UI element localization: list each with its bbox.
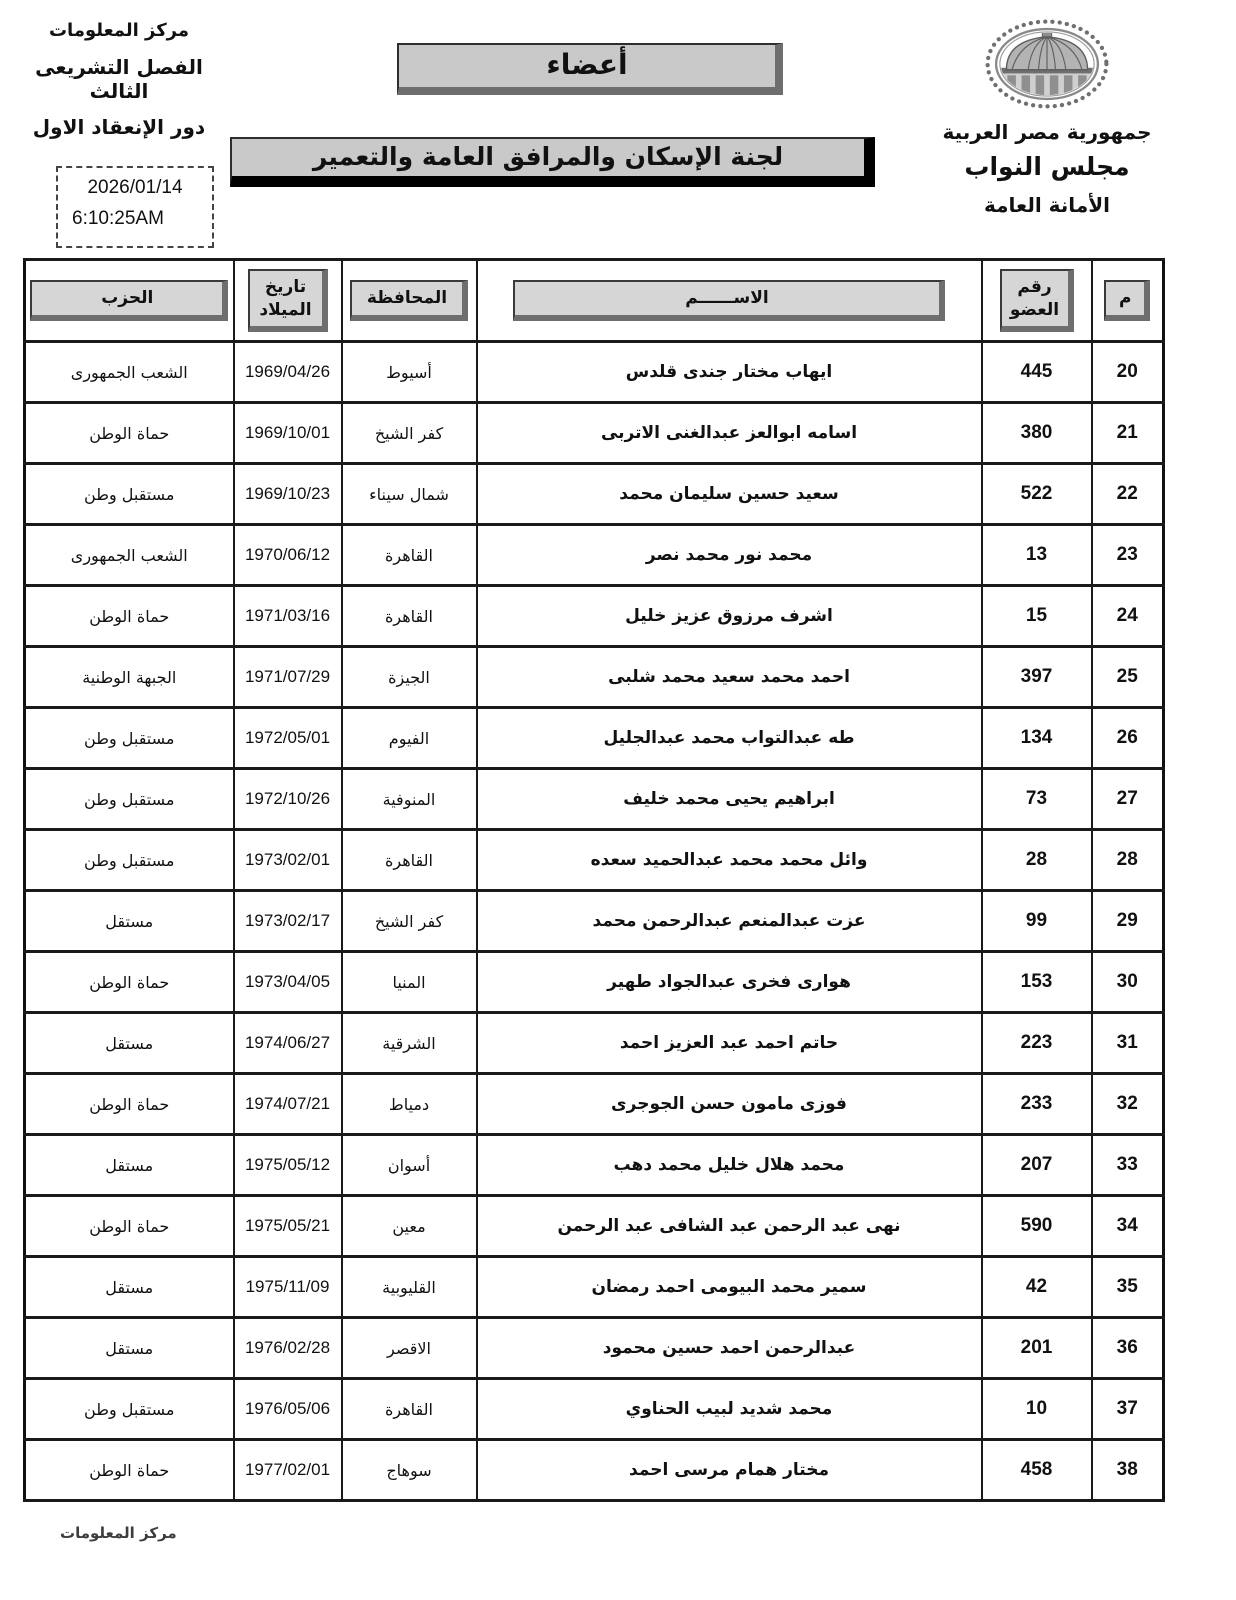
member-number-cell: 99 (982, 891, 1092, 952)
governorate-cell: الجيزة (342, 647, 477, 708)
member-number-cell: 223 (982, 1013, 1092, 1074)
birth-date-header-box: تاريخ الميلاد (248, 269, 328, 331)
name-cell: ايهاب مختار جندى قلدس (477, 342, 982, 403)
governorate-header-box: المحافظة (350, 280, 468, 320)
serial-cell: 37 (1092, 1379, 1164, 1440)
party-cell: الجبهة الوطنية (25, 647, 234, 708)
name-cell: محمد شديد لبيب الحناوي (477, 1379, 982, 1440)
parliament-dome-emblem-icon (981, 14, 1113, 114)
serial-cell: 35 (1092, 1257, 1164, 1318)
report-page: مركز المعلومات الفصل التشريعى الثالث دور… (0, 0, 1236, 1600)
table-row: 20445ايهاب مختار جندى قلدسأسيوط1969/04/2… (25, 342, 1164, 403)
republic-label: جمهورية مصر العربية (928, 120, 1166, 144)
table-row: 25397احمد محمد سعيد محمد شلبىالجيزة1971/… (25, 647, 1164, 708)
party-cell: مستقبل وطن (25, 830, 234, 891)
serial-cell: 21 (1092, 403, 1164, 464)
table-header-row: م رقم العضو الاســــــم المحافظة تاريخ ا… (25, 260, 1164, 342)
print-datetime-box: 2026/01/14 6:10:25AM (56, 166, 214, 248)
birth-date-cell: 1973/04/05 (234, 952, 342, 1013)
parliament-header-block: جمهورية مصر العربية مجلس النواب الأمانة … (928, 14, 1166, 217)
party-cell: مستقل (25, 1013, 234, 1074)
serial-cell: 31 (1092, 1013, 1164, 1074)
table-row: 2415اشرف مرزوق عزيز خليلالقاهرة1971/03/1… (25, 586, 1164, 647)
governorate-cell: كفر الشيخ (342, 403, 477, 464)
governorate-cell: الفيوم (342, 708, 477, 769)
name-cell: اشرف مرزوق عزيز خليل (477, 586, 982, 647)
member-number-cell: 445 (982, 342, 1092, 403)
governorate-cell: الاقصر (342, 1318, 477, 1379)
serial-cell: 26 (1092, 708, 1164, 769)
table-row: 33207محمد هلال خليل محمد دهبأسوان1975/05… (25, 1135, 1164, 1196)
name-cell: عزت عبدالمنعم عبدالرحمن محمد (477, 891, 982, 952)
name-cell: احمد محمد سعيد محمد شلبى (477, 647, 982, 708)
party-cell: الشعب الجمهورى (25, 525, 234, 586)
member-number-cell: 380 (982, 403, 1092, 464)
serial-cell: 22 (1092, 464, 1164, 525)
birth-date-cell: 1975/05/12 (234, 1135, 342, 1196)
party-cell: مستقبل وطن (25, 708, 234, 769)
members-table: م رقم العضو الاســــــم المحافظة تاريخ ا… (23, 258, 1165, 1502)
serial-cell: 38 (1092, 1440, 1164, 1501)
governorate-cell: أسوان (342, 1135, 477, 1196)
member-number-cell: 522 (982, 464, 1092, 525)
birth-date-cell: 1969/04/26 (234, 342, 342, 403)
table-row: 2999عزت عبدالمنعم عبدالرحمن محمدكفر الشي… (25, 891, 1164, 952)
report-meta-block: مركز المعلومات الفصل التشريعى الثالث دور… (14, 20, 224, 139)
member-number-cell: 134 (982, 708, 1092, 769)
name-cell: وائل محمد محمد عبدالحميد سعده (477, 830, 982, 891)
party-cell: مستقل (25, 891, 234, 952)
footer-info-center-label: مركز المعلومات (60, 1524, 177, 1542)
party-cell: الشعب الجمهورى (25, 342, 234, 403)
governorate-cell: القاهرة (342, 1379, 477, 1440)
col-header-birth-date: تاريخ الميلاد (234, 260, 342, 342)
party-cell: مستقل (25, 1318, 234, 1379)
general-secretariat-label: الأمانة العامة (928, 193, 1166, 217)
governorate-cell: معين (342, 1196, 477, 1257)
governorate-cell: سوهاج (342, 1440, 477, 1501)
serial-cell: 27 (1092, 769, 1164, 830)
birth-date-cell: 1974/07/21 (234, 1074, 342, 1135)
party-cell: مستقبل وطن (25, 769, 234, 830)
governorate-cell: المنيا (342, 952, 477, 1013)
table-row: 26134طه عبدالتواب محمد عبدالجليلالفيوم19… (25, 708, 1164, 769)
serial-cell: 20 (1092, 342, 1164, 403)
name-cell: سعيد حسين سليمان محمد (477, 464, 982, 525)
member-number-cell: 207 (982, 1135, 1092, 1196)
col-header-name: الاســــــم (477, 260, 982, 342)
serial-cell: 34 (1092, 1196, 1164, 1257)
members-title: أعضاء (546, 48, 627, 81)
governorate-cell: دمياط (342, 1074, 477, 1135)
governorate-cell: القاهرة (342, 586, 477, 647)
name-cell: محمد نور محمد نصر (477, 525, 982, 586)
party-cell: مستقل (25, 1257, 234, 1318)
party-cell: حماة الوطن (25, 1440, 234, 1501)
member-number-cell: 10 (982, 1379, 1092, 1440)
col-header-governorate: المحافظة (342, 260, 477, 342)
member-number-cell: 458 (982, 1440, 1092, 1501)
birth-date-cell: 1971/03/16 (234, 586, 342, 647)
serial-cell: 25 (1092, 647, 1164, 708)
name-cell: سمير محمد البيومى احمد رمضان (477, 1257, 982, 1318)
table-row: 3542سمير محمد البيومى احمد رمضانالقليوبي… (25, 1257, 1164, 1318)
birth-date-cell: 1976/02/28 (234, 1318, 342, 1379)
legislative-term-label: الفصل التشريعى الثالث (14, 55, 224, 103)
members-title-box: أعضاء (397, 43, 783, 95)
birth-date-cell: 1969/10/01 (234, 403, 342, 464)
birth-date-cell: 1973/02/17 (234, 891, 342, 952)
party-cell: حماة الوطن (25, 1196, 234, 1257)
member-number-cell: 15 (982, 586, 1092, 647)
member-number-cell: 42 (982, 1257, 1092, 1318)
party-cell: مستقل (25, 1135, 234, 1196)
table-row: 36201عبدالرحمن احمد حسين محمودالاقصر1976… (25, 1318, 1164, 1379)
birth-date-cell: 1973/02/01 (234, 830, 342, 891)
birth-date-cell: 1975/11/09 (234, 1257, 342, 1318)
birth-date-cell: 1972/10/26 (234, 769, 342, 830)
serial-header-box: م (1104, 280, 1150, 320)
member-number-cell: 233 (982, 1074, 1092, 1135)
party-cell: حماة الوطن (25, 586, 234, 647)
governorate-cell: المنوفية (342, 769, 477, 830)
table-row: 30153هوارى فخرى عبدالجواد طهيرالمنيا1973… (25, 952, 1164, 1013)
governorate-cell: أسيوط (342, 342, 477, 403)
table-row: 3710محمد شديد لبيب الحناويالقاهرة1976/05… (25, 1379, 1164, 1440)
birth-date-cell: 1972/05/01 (234, 708, 342, 769)
table-row: 2313محمد نور محمد نصرالقاهرة1970/06/12ال… (25, 525, 1164, 586)
party-cell: حماة الوطن (25, 403, 234, 464)
table-row: 2773ابراهيم يحيى محمد خليفالمنوفية1972/1… (25, 769, 1164, 830)
print-date: 2026/01/14 (58, 177, 212, 199)
name-cell: اسامه ابوالعز عبدالغنى الاتربى (477, 403, 982, 464)
birth-date-cell: 1975/05/21 (234, 1196, 342, 1257)
party-cell: حماة الوطن (25, 1074, 234, 1135)
col-header-party: الحزب (25, 260, 234, 342)
birth-date-cell: 1970/06/12 (234, 525, 342, 586)
name-cell: هوارى فخرى عبدالجواد طهير (477, 952, 982, 1013)
table-row: 31223حاتم احمد عبد العزيز احمدالشرقية197… (25, 1013, 1164, 1074)
name-cell: نهى عبد الرحمن عبد الشافى عبد الرحمن (477, 1196, 982, 1257)
party-cell: مستقبل وطن (25, 464, 234, 525)
birth-date-cell: 1977/02/01 (234, 1440, 342, 1501)
member-number-header-box: رقم العضو (1000, 269, 1074, 331)
birth-date-cell: 1976/05/06 (234, 1379, 342, 1440)
serial-cell: 24 (1092, 586, 1164, 647)
serial-cell: 32 (1092, 1074, 1164, 1135)
serial-cell: 28 (1092, 830, 1164, 891)
governorate-cell: الشرقية (342, 1013, 477, 1074)
member-number-cell: 13 (982, 525, 1092, 586)
table-row: 21380اسامه ابوالعز عبدالغنى الاتربىكفر ا… (25, 403, 1164, 464)
governorate-cell: كفر الشيخ (342, 891, 477, 952)
member-number-cell: 590 (982, 1196, 1092, 1257)
birth-date-cell: 1969/10/23 (234, 464, 342, 525)
name-cell: عبدالرحمن احمد حسين محمود (477, 1318, 982, 1379)
serial-cell: 30 (1092, 952, 1164, 1013)
governorate-cell: القليوبية (342, 1257, 477, 1318)
name-cell: فوزى مامون حسن الجوجرى (477, 1074, 982, 1135)
name-cell: محمد هلال خليل محمد دهب (477, 1135, 982, 1196)
table-row: 38458مختار همام مرسى احمدسوهاج1977/02/01… (25, 1440, 1164, 1501)
name-cell: مختار همام مرسى احمد (477, 1440, 982, 1501)
governorate-cell: شمال سيناء (342, 464, 477, 525)
governorate-cell: القاهرة (342, 830, 477, 891)
table-body: 20445ايهاب مختار جندى قلدسأسيوط1969/04/2… (25, 342, 1164, 1501)
table-row: 34590نهى عبد الرحمن عبد الشافى عبد الرحم… (25, 1196, 1164, 1257)
party-cell: مستقبل وطن (25, 1379, 234, 1440)
member-number-cell: 28 (982, 830, 1092, 891)
col-header-member-number: رقم العضو (982, 260, 1092, 342)
committee-title: لجنة الإسكان والمرافق العامة والتعمير (313, 142, 783, 171)
committee-title-box: لجنة الإسكان والمرافق العامة والتعمير (230, 137, 875, 187)
info-center-label: مركز المعلومات (14, 20, 224, 41)
serial-cell: 33 (1092, 1135, 1164, 1196)
session-round-label: دور الإنعقاد الاول (14, 115, 224, 139)
col-header-serial: م (1092, 260, 1164, 342)
name-header-box: الاســــــم (513, 280, 945, 320)
serial-cell: 23 (1092, 525, 1164, 586)
name-cell: ابراهيم يحيى محمد خليف (477, 769, 982, 830)
governorate-cell: القاهرة (342, 525, 477, 586)
party-header-box: الحزب (30, 280, 228, 320)
birth-date-cell: 1971/07/29 (234, 647, 342, 708)
member-number-cell: 153 (982, 952, 1092, 1013)
name-cell: حاتم احمد عبد العزيز احمد (477, 1013, 982, 1074)
party-cell: حماة الوطن (25, 952, 234, 1013)
print-time: 6:10:25AM (58, 208, 212, 230)
member-number-cell: 201 (982, 1318, 1092, 1379)
birth-date-cell: 1974/06/27 (234, 1013, 342, 1074)
serial-cell: 29 (1092, 891, 1164, 952)
house-of-representatives-label: مجلس النواب (928, 152, 1166, 181)
table-row: 2828وائل محمد محمد عبدالحميد سعدهالقاهرة… (25, 830, 1164, 891)
member-number-cell: 73 (982, 769, 1092, 830)
serial-cell: 36 (1092, 1318, 1164, 1379)
table-row: 32233فوزى مامون حسن الجوجرىدمياط1974/07/… (25, 1074, 1164, 1135)
table-row: 22522سعيد حسين سليمان محمدشمال سيناء1969… (25, 464, 1164, 525)
member-number-cell: 397 (982, 647, 1092, 708)
name-cell: طه عبدالتواب محمد عبدالجليل (477, 708, 982, 769)
